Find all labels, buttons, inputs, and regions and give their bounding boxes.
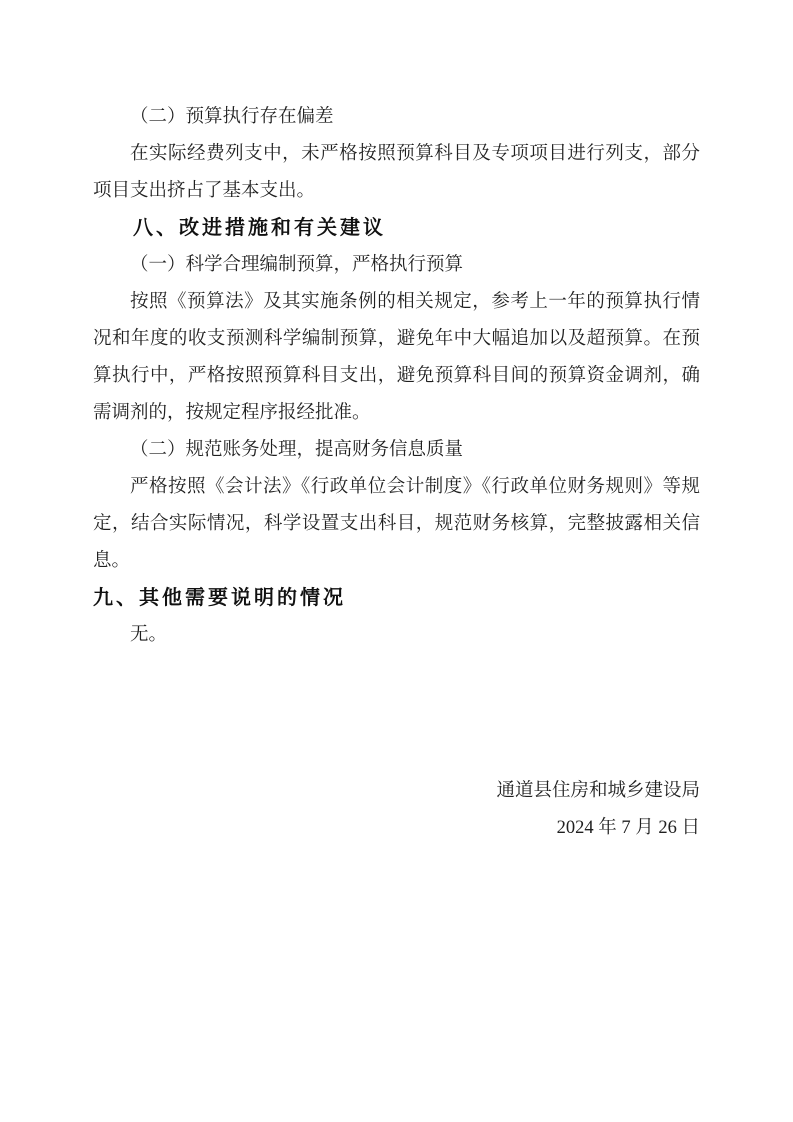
paragraph-budget-deviation-body: 在实际经费列支中，未严格按照预算科目及专项项目进行列支，部分项目支出挤占了基本支… [93,136,700,210]
document-page: （二）预算执行存在偏差 在实际经费列支中，未严格按照预算科目及专项项目进行列支，… [0,0,793,1122]
subsection-heading-recommendation-1: （一）科学合理编制预算，严格执行预算 [93,247,700,284]
signature-date: 2024 年 7 月 26 日 [93,810,700,847]
signature-block: 通道县住房和城乡建设局 2024 年 7 月 26 日 [93,773,700,847]
paragraph-recommendation-1-body: 按照《预算法》及其实施条例的相关规定，参考上一年的预算执行情况和年度的收支预测科… [93,284,700,432]
signature-organization: 通道县住房和城乡建设局 [93,773,700,810]
section-9-heading: 九、其他需要说明的情况 [93,580,700,617]
subsection-heading-recommendation-2: （二）规范账务处理，提高财务信息质量 [93,432,700,469]
paragraph-section-9-body: 无。 [93,617,700,654]
paragraph-recommendation-2-body: 严格按照《会计法》《行政单位会计制度》《行政单位财务规则》等规定，结合实际情况，… [93,469,700,580]
section-8-heading: 八、改进措施和有关建议 [93,210,700,247]
subsection-heading-budget-deviation: （二）预算执行存在偏差 [93,99,700,136]
